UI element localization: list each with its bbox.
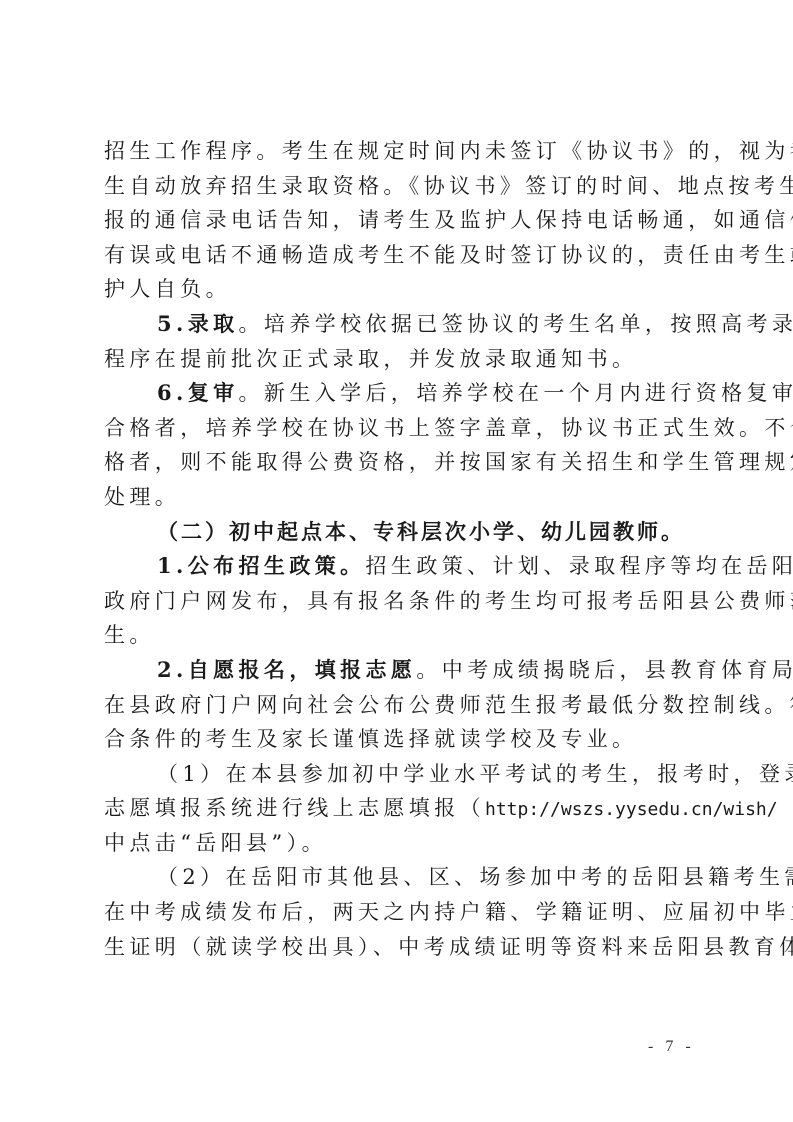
item-text: 招生政策、计划、录取程序等均在岳阳县 <box>366 554 793 578</box>
paragraph-review: 6.复审。新生入学后，培养学校在一个月内进行资格复审。 合格者，培养学校在协议书… <box>104 376 691 514</box>
text-line: （2）在岳阳市其他县、区、场参加中考的岳阳县籍考生需 <box>104 860 691 895</box>
item-text: 。中考成绩揭晓后，县教育体育局将 <box>416 658 793 682</box>
text-line: 志愿填报系统进行线上志愿填报（http://wszs.yysedu.cn/wis… <box>104 791 691 826</box>
item-text: 。新生入学后，培养学校在一个月内进行资格复审。 <box>239 381 793 405</box>
paragraph-item-1: （1）在本县参加初中学业水平考试的考生，报考时，登录 志愿填报系统进行线上志愿填… <box>104 757 691 861</box>
text-line: 生。 <box>104 618 691 653</box>
item-text: 。培养学校依据已签协议的考生名单，按照高考录取 <box>239 312 793 336</box>
paragraph-apply: 2.自愿报名，填报志愿。中考成绩揭晓后，县教育体育局将 在县政府门户网向社会公布… <box>104 653 691 757</box>
text-line: 处理。 <box>104 480 691 515</box>
text-line: 5.录取。培养学校依据已签协议的考生名单，按照高考录取 <box>104 307 691 342</box>
text-line: 程序在提前批次正式录取，并发放录取通知书。 <box>104 342 691 377</box>
text-line: 1.公布招生政策。招生政策、计划、录取程序等均在岳阳县 <box>104 549 691 584</box>
paragraph-admission: 5.录取。培养学校依据已签协议的考生名单，按照高考录取 程序在提前批次正式录取，… <box>104 307 691 376</box>
section-heading: （二）初中起点本、专科层次小学、幼儿园教师。 <box>104 515 691 550</box>
text-line: 护人自负。 <box>104 272 691 307</box>
item-lead: 6.复审 <box>157 380 239 405</box>
paragraph-item-2: （2）在岳阳市其他县、区、场参加中考的岳阳县籍考生需 在中考成绩发布后，两天之内… <box>104 860 691 964</box>
paragraph-continuation: 招生工作程序。考生在规定时间内未签订《协议书》的，视为考 生自动放弃招生录取资格… <box>104 134 691 307</box>
registration-url-link[interactable]: http://wszs.yysedu.cn/wish/ <box>485 799 778 820</box>
document-body: 招生工作程序。考生在规定时间内未签订《协议书》的，视为考 生自动放弃招生录取资格… <box>104 134 691 964</box>
text-line: 中点击“岳阳县”）。 <box>104 826 691 861</box>
text-line: 在县政府门户网向社会公布公费师范生报考最低分数控制线。符 <box>104 688 691 723</box>
text-line: 格者，则不能取得公费资格，并按国家有关招生和学生管理规定 <box>104 445 691 480</box>
text-line: 有误或电话不通畅造成考生不能及时签订协议的，责任由考生或监 <box>104 238 691 273</box>
text-line: 在中考成绩发布后，两天之内持户籍、学籍证明、应届初中毕业 <box>104 895 691 930</box>
item-lead: 1.公布招生政策。 <box>157 553 366 578</box>
text-line: 生证明（就读学校出具）、中考成绩证明等资料来岳阳县教育体 <box>104 930 691 965</box>
document-page: 招生工作程序。考生在规定时间内未签订《协议书》的，视为考 生自动放弃招生录取资格… <box>0 0 793 1122</box>
text-line: 2.自愿报名，填报志愿。中考成绩揭晓后，县教育体育局将 <box>104 653 691 688</box>
text-line: 合条件的考生及家长谨慎选择就读学校及专业。 <box>104 722 691 757</box>
paragraph-policy: 1.公布招生政策。招生政策、计划、录取程序等均在岳阳县 政府门户网发布，具有报名… <box>104 549 691 653</box>
text-line: 报的通信录电话告知，请考生及监护人保持电话畅通，如通信信息 <box>104 203 691 238</box>
text-line: 生自动放弃招生录取资格。《协议书》签订的时间、地点按考生填 <box>104 169 691 204</box>
text-line: 政府门户网发布，具有报名条件的考生均可报考岳阳县公费师范 <box>104 584 691 619</box>
item-lead: 2.自愿报名，填报志愿 <box>157 657 416 682</box>
heading-text: （二）初中起点本、专科层次小学、幼儿园教师。 <box>104 515 691 550</box>
page-number: - 7 - <box>648 1038 695 1056</box>
item-lead: 5.录取 <box>157 311 239 336</box>
text-line: 合格者，培养学校在协议书上签字盖章，协议书正式生效。不合 <box>104 411 691 446</box>
item-text: 志愿填报系统进行线上志愿填报（ <box>104 796 485 820</box>
text-line: 6.复审。新生入学后，培养学校在一个月内进行资格复审。 <box>104 376 691 411</box>
text-line: 招生工作程序。考生在规定时间内未签订《协议书》的，视为考 <box>104 134 691 169</box>
text-line: （1）在本县参加初中学业水平考试的考生，报考时，登录 <box>104 757 691 792</box>
